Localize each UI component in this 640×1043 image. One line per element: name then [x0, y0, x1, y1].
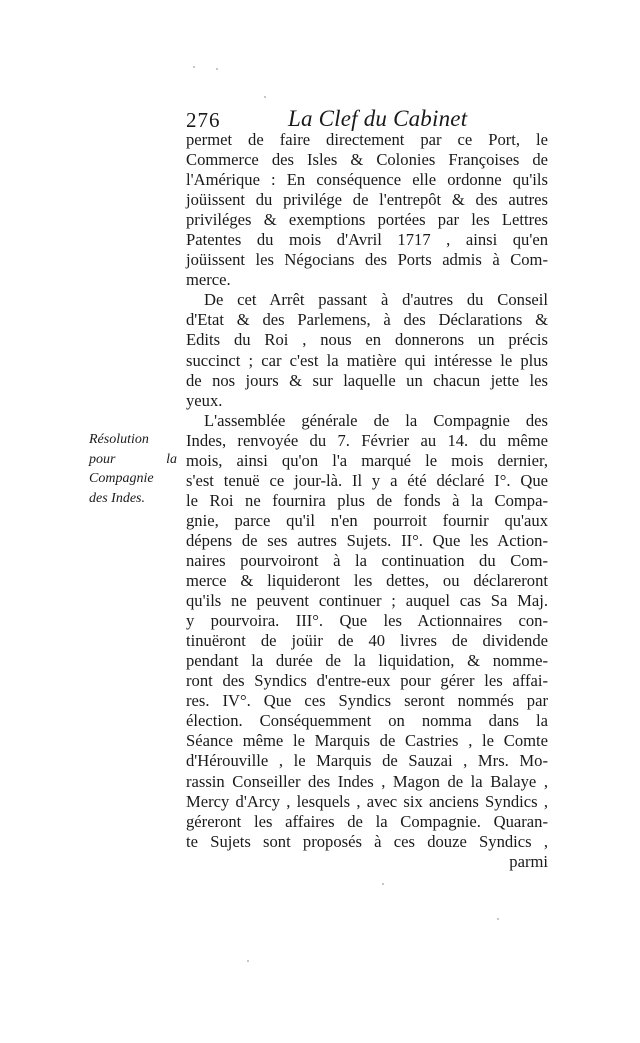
margin-note-line: Résolution — [89, 430, 177, 450]
margin-note: Résolution pour la Compagnie des Indes. — [89, 430, 177, 508]
catchword: parmi — [186, 852, 548, 872]
text-line: s'est tenuë ce jour-là. Il y a été décla… — [186, 471, 548, 491]
running-title: La Clef du Cabinet — [288, 106, 467, 132]
scan-speck — [264, 96, 266, 98]
text-line: Edits du Roi , nous en donnerons un préc… — [186, 330, 548, 350]
book-page: 276 La Clef du Cabinet Résolution pour l… — [0, 0, 640, 1043]
margin-note-line: pour la — [89, 450, 177, 470]
text-line: dépens de ses autres Sujets. II°. Que le… — [186, 531, 548, 551]
text-line: d'Etat & des Parlemens, à des Déclaratio… — [186, 310, 548, 330]
scan-speck — [247, 960, 249, 962]
text-line: tinuëront de joüir de 40 livres de divid… — [186, 631, 548, 651]
margin-note-line: Compagnie — [89, 469, 177, 489]
text-line: naires pourvoiront à la continuation du … — [186, 551, 548, 571]
text-line: yeux. — [186, 391, 548, 411]
text-line: Séance même le Marquis de Castries , le … — [186, 731, 548, 751]
text-line: merce & liquideront les dettes, ou décla… — [186, 571, 548, 591]
text-line: joüissent du privilége de l'entrepôt & d… — [186, 190, 548, 210]
text-line: succinct ; car c'est la matière qui inté… — [186, 351, 548, 371]
paragraph-start-line: De cet Arrêt passant à d'autres du Conse… — [186, 290, 548, 310]
text-line: joüissent les Négocians des Ports admis … — [186, 250, 548, 270]
paragraph-start-line: L'assemblée générale de la Compagnie des — [186, 411, 548, 431]
body-text: permet de faire directement par ce Port,… — [186, 130, 548, 872]
margin-note-line: des Indes. — [89, 489, 177, 509]
text-line: Indes, renvoyée du 7. Février au 14. du … — [186, 431, 548, 451]
text-line: mois, ainsi qu'on l'a marqué le mois der… — [186, 451, 548, 471]
text-line: qu'ils ne peuvent continuer ; auquel cas… — [186, 591, 548, 611]
text-line: merce. — [186, 270, 548, 290]
scan-speck — [382, 883, 384, 885]
text-line: géreront les affaires de la Compagnie. Q… — [186, 812, 548, 832]
text-line: d'Hérouville , le Marquis de Sauzai , Mr… — [186, 751, 548, 771]
text-line: te Sujets sont proposés à ces douze Synd… — [186, 832, 548, 852]
text-line: res. IV°. Que ces Syndics seront nommés … — [186, 691, 548, 711]
scan-speck — [216, 68, 218, 70]
text-line: de nos jours & sur laquelle un chacun je… — [186, 371, 548, 391]
text-line: l'Amérique : En conséquence elle ordonne… — [186, 170, 548, 190]
text-line: priviléges & exemptions portées par les … — [186, 210, 548, 230]
text-line: Mercy d'Arcy , lesquels , avec six ancie… — [186, 792, 548, 812]
text-line: y pourvoira. III°. Que les Actionnaires … — [186, 611, 548, 631]
text-line: pendant la durée de la liquidation, & no… — [186, 651, 548, 671]
text-line: élection. Conséquemment on nomma dans la — [186, 711, 548, 731]
scan-speck — [193, 66, 195, 68]
text-line: gnie, parce qu'il n'en pourroit fournir … — [186, 511, 548, 531]
text-line: permet de faire directement par ce Port,… — [186, 130, 548, 150]
text-line: rassin Conseiller des Indes , Magon de l… — [186, 772, 548, 792]
text-line: Patentes du mois d'Avril 1717 , ainsi qu… — [186, 230, 548, 250]
text-line: Commerce des Isles & Colonies Françoises… — [186, 150, 548, 170]
text-line: ront des Syndics d'entre-eux pour gérer … — [186, 671, 548, 691]
text-line: le Roi ne fournira plus de fonds à la Co… — [186, 491, 548, 511]
scan-speck — [497, 918, 499, 920]
